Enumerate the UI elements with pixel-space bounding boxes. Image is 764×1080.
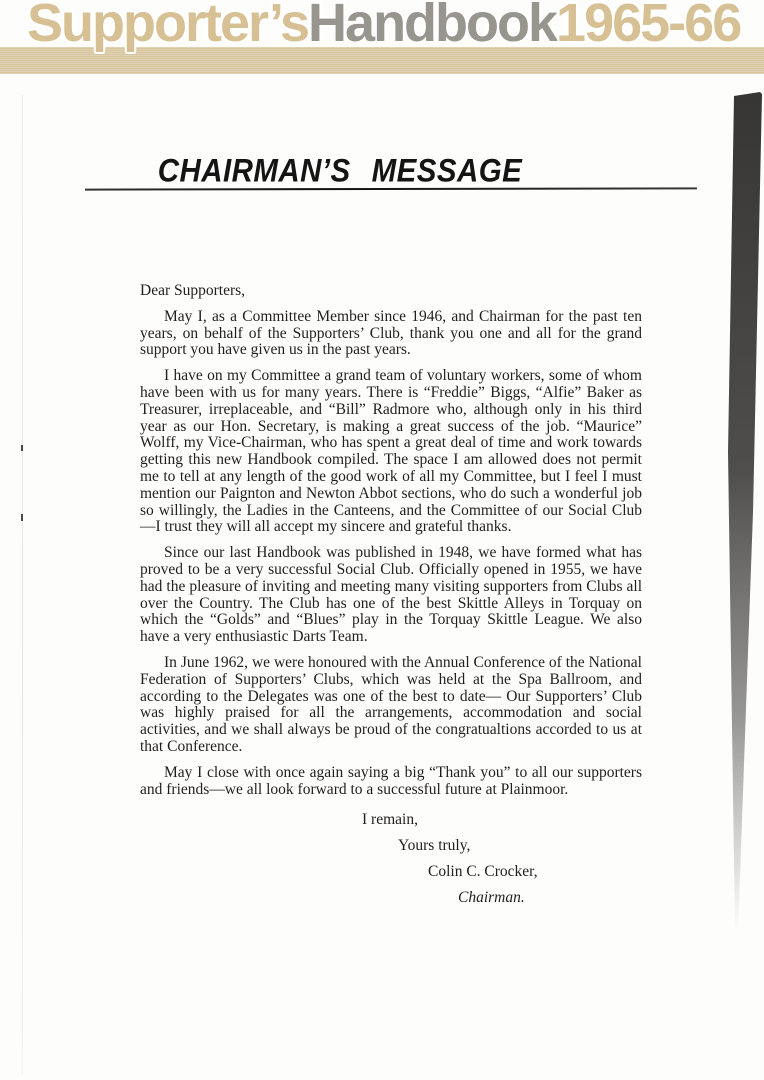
page-edge-shadow (724, 92, 764, 942)
heading-rule (85, 187, 697, 190)
title-season: 1965-66 (556, 0, 740, 53)
scanned-handbook-page: Supporter’sHandbook1965-66 CHAIRMAN’S ME… (0, 0, 764, 1080)
title-supporters: Supporter’s (27, 0, 308, 53)
title-handbook: Handbook (308, 0, 556, 53)
closing-signature-title: Chairman. (140, 885, 642, 911)
handbook-title: Supporter’sHandbook1965-66 (27, 0, 740, 50)
letter-paragraph: I have on my Committee a grand team of v… (140, 368, 642, 536)
closing-yours-truly: Yours truly, (140, 833, 642, 859)
scan-speck (21, 445, 23, 451)
scan-crease-line (22, 95, 23, 1075)
signature-block: I remain, Yours truly, Colin C. Crocker,… (140, 807, 642, 911)
scan-speck (21, 514, 23, 521)
closing-signature-name: Colin C. Crocker, (140, 859, 642, 885)
letter-paragraph: Since our last Handbook was published in… (140, 545, 642, 646)
salutation: Dear Supporters, (140, 283, 642, 300)
masthead: Supporter’sHandbook1965-66 (0, 0, 764, 90)
letter-paragraph: May I, as a Committee Member since 1946,… (140, 309, 642, 359)
letter-paragraph: May I close with once again saying a big… (140, 765, 642, 799)
chairmans-letter: Dear Supporters, May I, as a Committee M… (140, 283, 642, 911)
page-title: CHAIRMAN’S MESSAGE (65, 152, 616, 189)
letter-paragraph: In June 1962, we were honoured with the … (140, 655, 642, 756)
closing-i-remain: I remain, (140, 807, 642, 833)
